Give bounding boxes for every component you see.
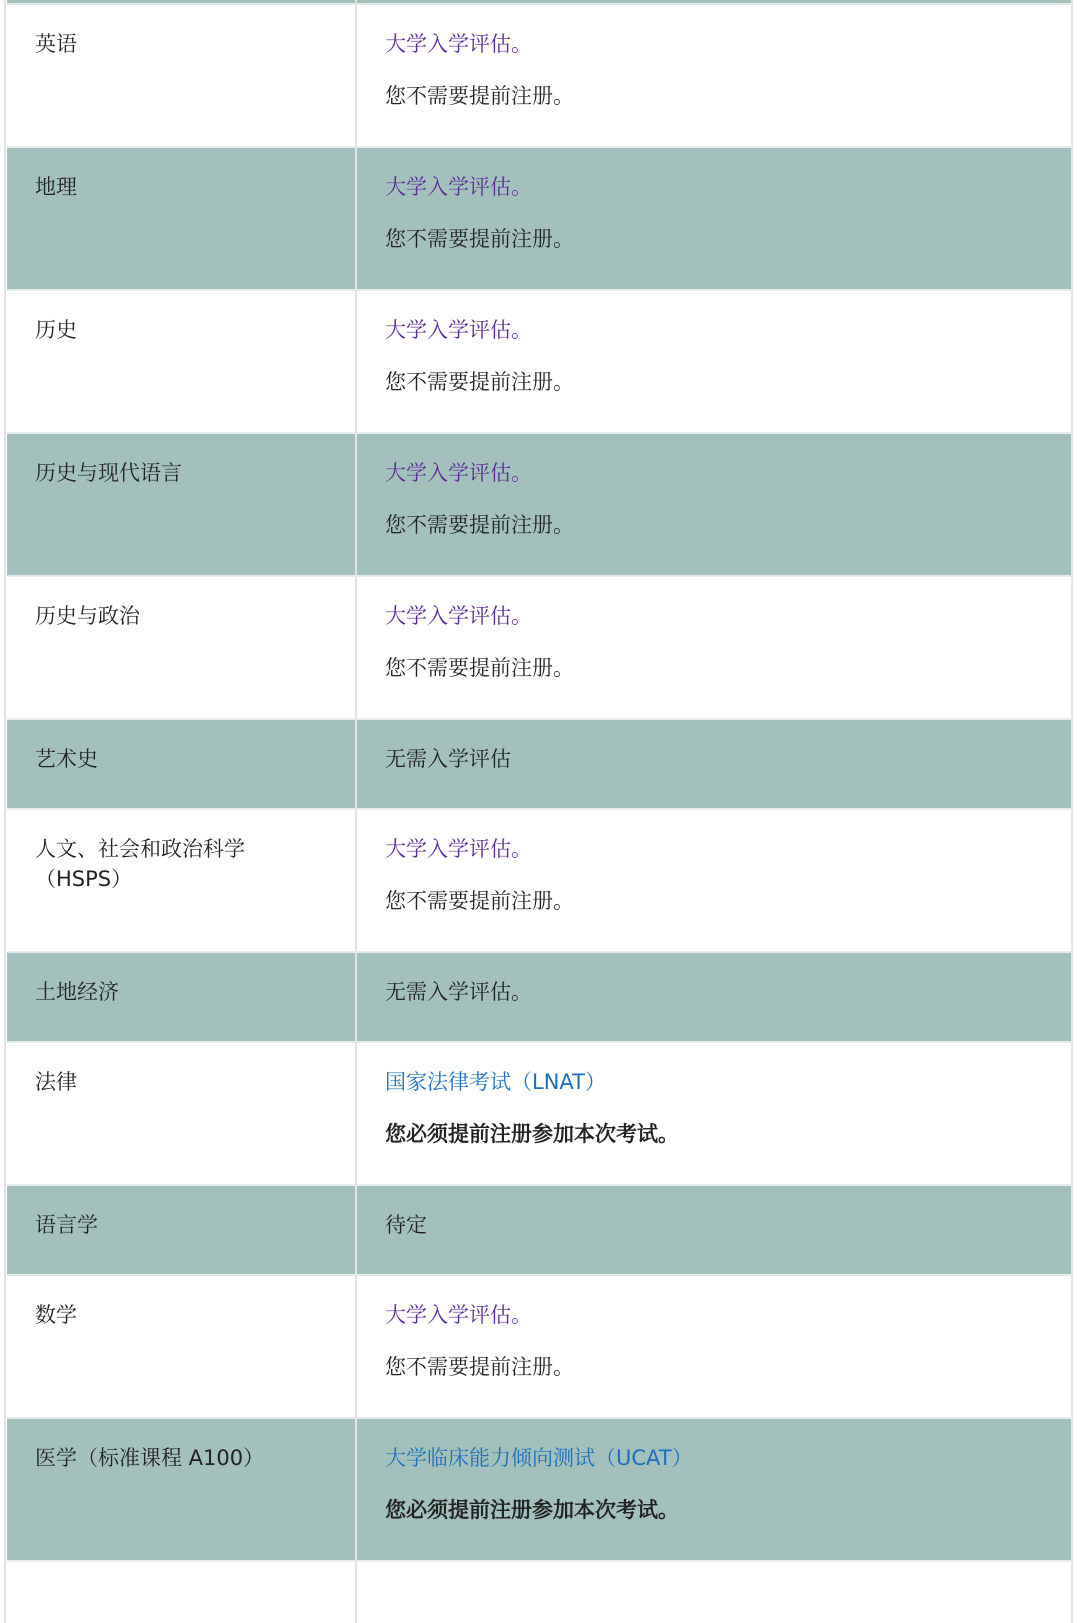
assessment-status: 待定 xyxy=(385,1210,1043,1240)
subject-name: 历史 xyxy=(35,318,77,342)
subject-name: 英语 xyxy=(35,32,77,56)
subject-cell: 历史与现代语言 xyxy=(7,433,356,576)
subject-name: 人文、社会和政治科学（HSPS） xyxy=(35,837,245,891)
requirement-cell: 大学入学评估。 您不需要提前注册。 xyxy=(356,4,1071,147)
subject-name: 土地经济 xyxy=(35,980,119,1004)
assessment-link[interactable]: 大学入学评估。 xyxy=(385,458,1043,488)
requirement-cell: 无需入学评估。 xyxy=(356,952,1071,1042)
registration-note: 您不需要提前注册。 xyxy=(385,224,1043,254)
subject-name: 医学（标准课程 A100） xyxy=(35,1446,264,1470)
assessment-link[interactable]: 大学入学评估。 xyxy=(385,172,1043,202)
admissions-assessment-table: 英语 大学入学评估。 您不需要提前注册。 地理 大学入学评估。 您不需要提前注册… xyxy=(7,0,1071,1623)
requirement-cell: 大学入学评估。 您不需要提前注册。 xyxy=(356,576,1071,719)
subject-cell: 法律 xyxy=(7,1042,356,1185)
assessment-link[interactable]: 大学入学评估。 xyxy=(385,315,1043,345)
requirement-cell: 大学临床能力倾向测试（UCAT） 您必须提前注册参加本次考试。 xyxy=(356,1418,1071,1561)
registration-note: 您不需要提前注册。 xyxy=(385,510,1043,540)
assessment-status: 无需入学评估。 xyxy=(385,977,1043,1007)
table-row: 土地经济 无需入学评估。 xyxy=(7,952,1071,1042)
table-row: 历史与现代语言 大学入学评估。 您不需要提前注册。 xyxy=(7,433,1071,576)
registration-note: 您不需要提前注册。 xyxy=(385,1352,1043,1382)
page-right-edge xyxy=(1071,0,1080,1623)
subject-cell: 地理 xyxy=(7,147,356,290)
table-row: 艺术史 无需入学评估 xyxy=(7,719,1071,809)
page-left-edge xyxy=(0,0,6,1623)
requirement-cell: 大学入学评估。 您不需要提前注册。 xyxy=(356,809,1071,952)
registration-note: 您必须提前注册参加本次考试。 xyxy=(385,1119,1043,1149)
subject-cell: 人文、社会和政治科学（HSPS） xyxy=(7,809,356,952)
table-row: 历史 大学入学评估。 您不需要提前注册。 xyxy=(7,290,1071,433)
subject-cell: 艺术史 xyxy=(7,719,356,809)
subject-cell: 土地经济 xyxy=(7,952,356,1042)
registration-note: 您不需要提前注册。 xyxy=(385,81,1043,111)
requirement-cell: 大学入学评估。 您不需要提前注册。 xyxy=(356,290,1071,433)
requirement-cell: 无需入学评估 xyxy=(356,719,1071,809)
subject-cell: 历史与政治 xyxy=(7,576,356,719)
ucat-link[interactable]: 大学临床能力倾向测试（UCAT） xyxy=(385,1443,1043,1473)
assessment-link[interactable]: 大学入学评估。 xyxy=(385,834,1043,864)
table-row: 英语 大学入学评估。 您不需要提前注册。 xyxy=(7,4,1071,147)
table-row: 法律 国家法律考试（LNAT） 您必须提前注册参加本次考试。 xyxy=(7,1042,1071,1185)
subject-name: 语言学 xyxy=(35,1213,98,1237)
requirement-cell: 国家法律考试（LNAT） 您必须提前注册参加本次考试。 xyxy=(356,1042,1071,1185)
registration-note: 您不需要提前注册。 xyxy=(385,653,1043,683)
subject-cell: 医学（标准课程 A100） xyxy=(7,1418,356,1561)
assessment-link[interactable]: 大学入学评估。 xyxy=(385,601,1043,631)
assessment-status: 无需入学评估 xyxy=(385,744,1043,774)
subject-name: 历史与现代语言 xyxy=(35,461,182,485)
table-row: 地理 大学入学评估。 您不需要提前注册。 xyxy=(7,147,1071,290)
table-row: 数学 大学入学评估。 您不需要提前注册。 xyxy=(7,1275,1071,1418)
table-next-row-partial xyxy=(7,1561,1071,1623)
subject-name: 地理 xyxy=(35,175,77,199)
subject-cell: 英语 xyxy=(7,4,356,147)
assessment-link[interactable]: 大学入学评估。 xyxy=(385,29,1043,59)
subject-name: 法律 xyxy=(35,1070,77,1094)
subject-name: 数学 xyxy=(35,1303,77,1327)
subject-name: 历史与政治 xyxy=(35,604,140,628)
registration-note: 您不需要提前注册。 xyxy=(385,367,1043,397)
subject-cell: 语言学 xyxy=(7,1185,356,1275)
table-row: 历史与政治 大学入学评估。 您不需要提前注册。 xyxy=(7,576,1071,719)
requirement-cell: 待定 xyxy=(356,1185,1071,1275)
assessment-link[interactable]: 大学入学评估。 xyxy=(385,1300,1043,1330)
table-row: 医学（标准课程 A100） 大学临床能力倾向测试（UCAT） 您必须提前注册参加… xyxy=(7,1418,1071,1561)
table-row: 语言学 待定 xyxy=(7,1185,1071,1275)
registration-note: 您不需要提前注册。 xyxy=(385,886,1043,916)
lnat-link[interactable]: 国家法律考试（LNAT） xyxy=(385,1067,1043,1097)
requirement-cell: 大学入学评估。 您不需要提前注册。 xyxy=(356,433,1071,576)
requirement-cell: 大学入学评估。 您不需要提前注册。 xyxy=(356,147,1071,290)
subject-name: 艺术史 xyxy=(35,747,98,771)
requirement-cell: 大学入学评估。 您不需要提前注册。 xyxy=(356,1275,1071,1418)
subject-cell: 历史 xyxy=(7,290,356,433)
subject-cell: 数学 xyxy=(7,1275,356,1418)
table-row: 人文、社会和政治科学（HSPS） 大学入学评估。 您不需要提前注册。 xyxy=(7,809,1071,952)
registration-note: 您必须提前注册参加本次考试。 xyxy=(385,1495,1043,1525)
